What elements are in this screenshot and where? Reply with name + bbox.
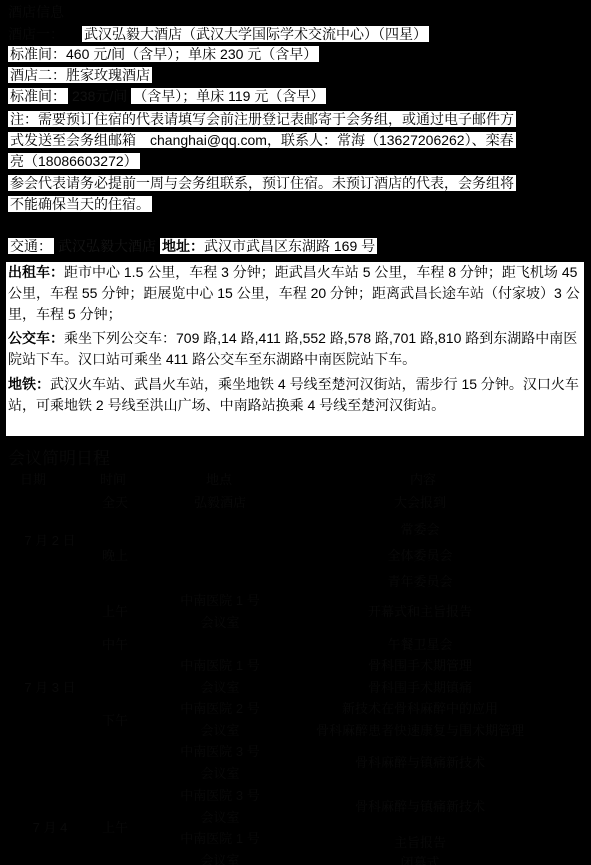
hotel2-price-rest: （含早）；单床 119 元（含早）: [131, 88, 326, 104]
header-date: 日期: [20, 469, 46, 488]
transport-hotel-hidden: 武汉弘毅大酒店: [54, 238, 160, 254]
schedule-cell: 青年委员会: [300, 571, 540, 590]
schedule-cell: 会议室: [170, 807, 270, 826]
schedule-cell: 7 月 2 日: [15, 530, 85, 549]
note-line-2: 式发送至会务组邮箱 changhai@qq.com，联系人：常海（1362720…: [8, 132, 516, 148]
schedule-cell: 骨科麻醉与镇痛新技术: [300, 752, 540, 771]
schedule-cell: 全体委员会: [300, 545, 540, 564]
schedule-cell: 新技术在骨科麻醉中的应用: [300, 698, 540, 717]
schedule-cell: 骨科麻醉与镇痛新技术: [300, 796, 540, 815]
transport-line: 交通：武汉弘毅大酒店地址：武汉市武昌区东湖路 169 号: [8, 236, 377, 256]
schedule-cell: 中南医院 1 号: [170, 655, 270, 674]
hotel1-label: 酒店一：: [8, 26, 64, 42]
note-line-1: 注：需要预订住宿的代表请填写会前注册登记表邮寄于会务组，或通过电子邮件方: [8, 111, 516, 127]
schedule-cell: 大会报到: [300, 492, 540, 511]
schedule-cell: 下午: [95, 710, 135, 729]
schedule-cell: 常委会: [300, 519, 540, 538]
hotel2-line: 酒店二：胜家玫瑰酒店: [8, 67, 152, 83]
schedule-cell: 晚上: [95, 545, 135, 564]
schedule-cell: 中南医院 3 号: [170, 785, 270, 804]
hotel2-price-line: 标准间：238元/间（含早）；单床 119 元（含早）: [8, 86, 326, 106]
schedule-cell: 中南医院 1 号: [170, 828, 270, 847]
schedule-cell: 会议室: [170, 763, 270, 782]
address-label: 地址：: [162, 238, 204, 254]
note-line-3: 亮（18086603272）: [8, 153, 140, 169]
schedule-cell: 午餐卫星会: [300, 634, 540, 653]
hotel2-price-hidden: 238元/间: [68, 88, 131, 104]
schedule-cell: 7 月 4: [15, 817, 85, 836]
schedule-cell: 中午: [95, 634, 135, 653]
schedule-cell: 弘毅酒店: [170, 492, 270, 511]
schedule-cell: 骨科麻醉患者快速康复与围术期管理: [300, 720, 540, 739]
notice-line-2: 不能确保当天的住宿。: [8, 196, 152, 212]
schedule-cell: 上午: [95, 601, 135, 620]
schedule-cell: 上午: [95, 817, 135, 836]
schedule-cell: 7 月 3 日: [15, 677, 85, 696]
taxi-info: 出租车：距市中心 1.5 公里，车程 3 分钟；距武昌火车站 5 公里，车程 8…: [8, 262, 582, 325]
schedule-cell: 骨科围手术期镇痛: [300, 677, 540, 696]
schedule-cell: 全天: [95, 492, 135, 511]
schedule-cell: 中南医院 2 号: [170, 698, 270, 717]
metro-info: 地铁：武汉火车站、武昌火车站，乘坐地铁 4 号线至楚河汉街站，需步行 15 分钟…: [8, 374, 582, 416]
schedule-cell: 会议室: [170, 720, 270, 739]
header-place: 地点: [206, 469, 232, 488]
schedule-cell: 骨科围手术期管理: [300, 655, 540, 674]
schedule-cell: 中南医院 3 号: [170, 741, 270, 760]
schedule-cell: 开幕式和主旨报告: [300, 601, 540, 620]
transport-label: 交通：: [8, 238, 54, 254]
header-content: 内容: [410, 469, 436, 488]
schedule-cell: 会议室: [170, 850, 270, 865]
address-text: 武汉市武昌区东湖路 169 号: [204, 238, 375, 254]
schedule-cell: 主旨报告: [300, 832, 540, 851]
notice-line-1: 参会代表请务必提前一周与会务组联系，预订住宿。未预订酒店的代表，会务组将: [8, 175, 516, 191]
schedule-title: 会议简明日程: [8, 444, 110, 469]
hotel-info-heading: 酒店信息: [8, 2, 64, 22]
transport-details-box: 出租车：距市中心 1.5 公里，车程 3 分钟；距武昌火车站 5 公里，车程 8…: [6, 262, 584, 436]
hotel2-label: 标准间：: [8, 88, 68, 104]
header-time: 时间: [100, 469, 126, 488]
schedule-cell: 会议室: [170, 612, 270, 631]
hotel1-name: 武汉弘毅大酒店（武汉大学国际学术交流中心）（四星）: [82, 26, 429, 42]
hotel1-price: 标准间：460 元/间（含早）；单床 230 元（含早）: [8, 46, 319, 62]
schedule-cell: 闭幕式: [300, 852, 540, 865]
schedule-cell: 会议室: [170, 677, 270, 696]
bus-info: 公交车：乘坐下列公交车：709 路,14 路,411 路,552 路,578 路…: [8, 328, 582, 370]
schedule-cell: 中南医院 1 号: [170, 590, 270, 609]
hotel1-line: 酒店一：武汉弘毅大酒店（武汉大学国际学术交流中心）（四星）: [8, 24, 429, 44]
